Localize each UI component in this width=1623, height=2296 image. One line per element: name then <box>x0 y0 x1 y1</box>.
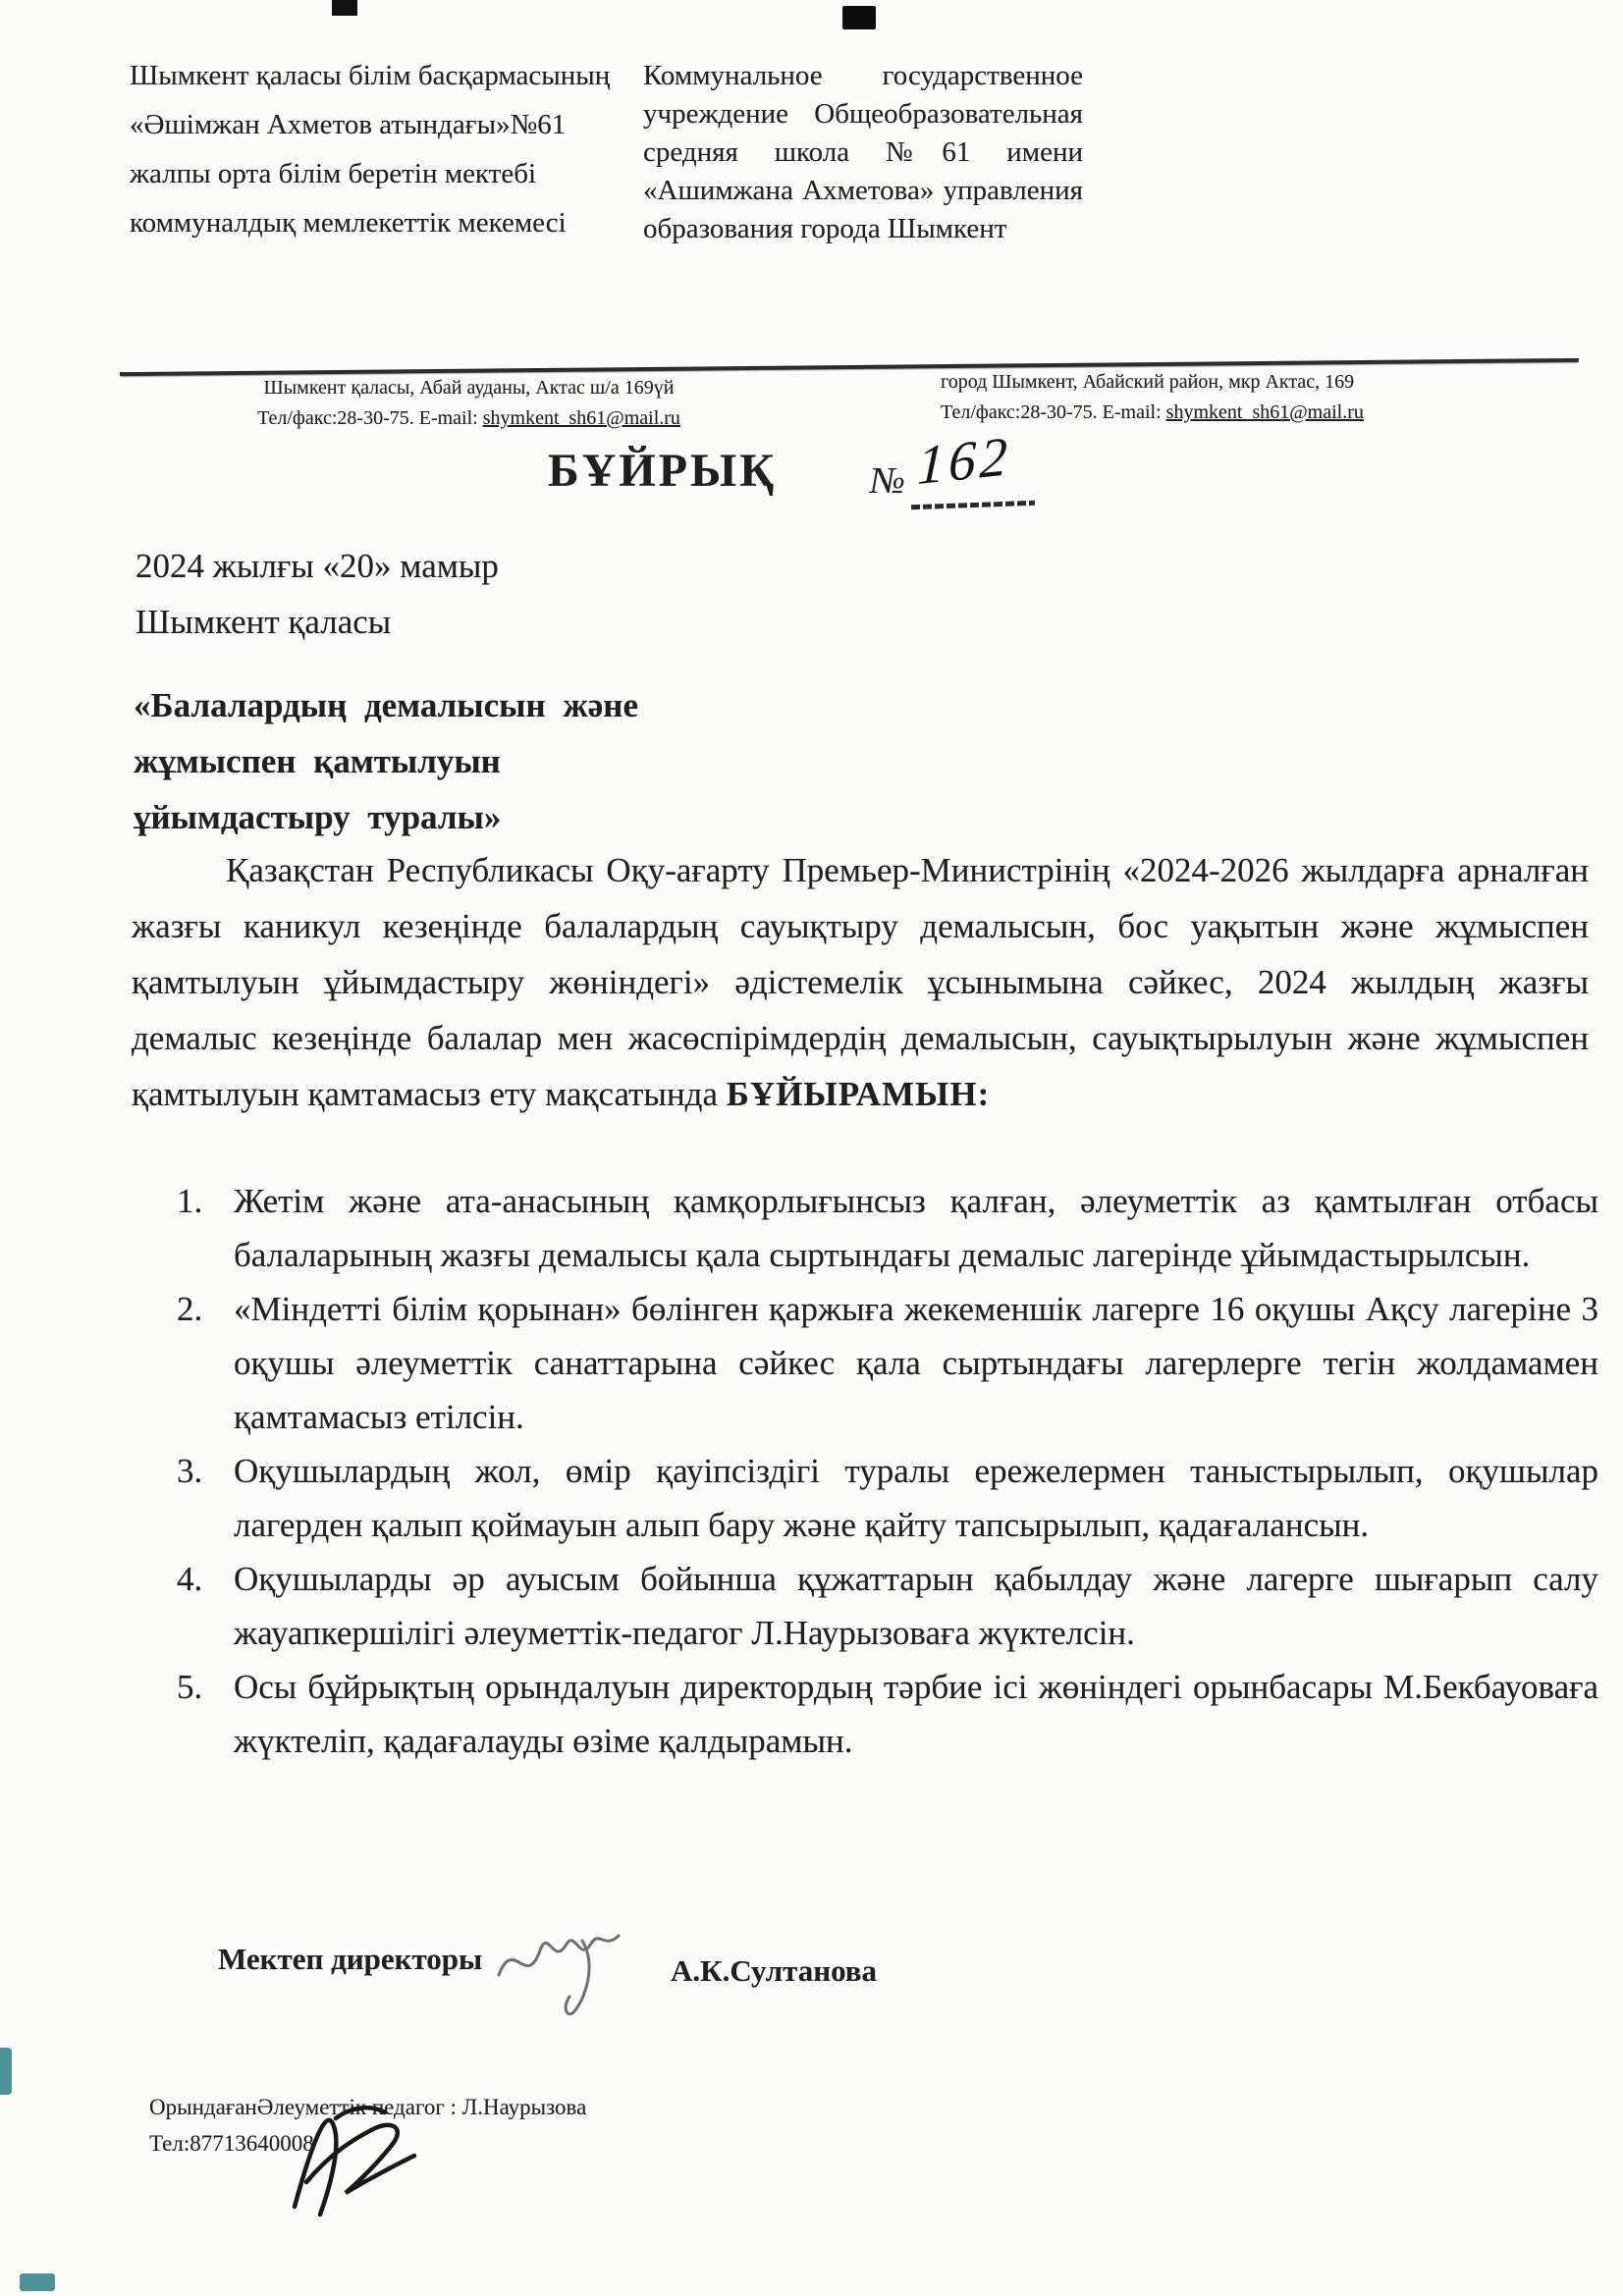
order-items-list: 1. Жетім және ата-анасының қамқорлығынсы… <box>173 1174 1598 1768</box>
org-name-russian: Коммунальное государственное учреждение … <box>643 57 1083 248</box>
item-number: 4. <box>173 1552 234 1606</box>
scan-artifact-mark <box>842 6 876 29</box>
scan-artifact-teal-mark <box>0 2048 12 2095</box>
item-number: 3. <box>173 1444 234 1498</box>
scan-artifact-teal-mark <box>20 2273 55 2291</box>
executor-signature <box>277 2099 444 2231</box>
director-signature <box>489 1906 636 2029</box>
org-name-kazakh: Шымкент қаласы білім басқармасының «Әшім… <box>130 51 635 247</box>
list-item: 3. Оқушылардың жол, өмір қауіпсіздігі ту… <box>173 1444 1598 1552</box>
address-line: Шымкент қаласы, Абай ауданы, Актас ш/а 1… <box>162 373 776 403</box>
date-block: 2024 жылғы «20» мамыр Шымкент қаласы <box>135 538 499 650</box>
order-number-underline <box>911 501 1035 509</box>
order-subject: «Балалардың демалысын және жұмыспен қамт… <box>134 677 638 845</box>
item-text: «Міндетті білім қорынан» бөлінген қаржығ… <box>234 1282 1598 1444</box>
order-preamble: Қазақстан Республикасы Оқу-ағарту Премье… <box>132 842 1589 1122</box>
address-block-russian: город Шымкент, Абайский район, мкр Актас… <box>941 367 1589 428</box>
item-text: Жетім және ата-анасының қамқорлығынсыз қ… <box>234 1174 1598 1282</box>
order-title: БҰЙРЫҚ <box>548 444 777 498</box>
scanned-order-document: Шымкент қаласы білім басқармасының «Әшім… <box>0 0 1623 2296</box>
order-city: Шымкент қаласы <box>135 594 499 650</box>
order-number-handwritten: 162 <box>916 425 1012 499</box>
email-text: shymkent_sh61@mail.ru <box>483 407 680 429</box>
contact-line: Тел/факс:28-30-75. E-mail: shymkent_sh61… <box>162 403 776 434</box>
subject-line: ұйымдастыру туралы» <box>134 789 638 845</box>
email-text: shymkent_sh61@mail.ru <box>1166 401 1364 423</box>
signer-role: Мектеп директоры <box>218 1942 482 1977</box>
item-number: 2. <box>173 1282 234 1336</box>
list-item: 5. Осы бұйрықтың орындалуын директордың … <box>173 1660 1598 1768</box>
contact-line: Тел/факс:28-30-75. E-mail: shymkent_sh61… <box>941 398 1589 428</box>
signer-name: А.К.Султанова <box>671 1953 877 1989</box>
subject-line: жұмыспен қамтылуын <box>134 733 638 789</box>
list-item: 1. Жетім және ата-анасының қамқорлығынсы… <box>173 1174 1598 1282</box>
item-text: Оқушыларды әр ауысым бойынша құжаттарын … <box>234 1552 1598 1660</box>
item-text: Осы бұйрықтың орындалуын директордың тәр… <box>234 1660 1598 1768</box>
item-text: Оқушылардың жол, өмір қауіпсіздігі турал… <box>234 1444 1598 1552</box>
resolve-word: БҰЙЫРАМЫН: <box>727 1075 990 1113</box>
address-block-kazakh: Шымкент қаласы, Абай ауданы, Актас ш/а 1… <box>162 373 776 434</box>
item-number: 1. <box>173 1174 234 1228</box>
scan-artifact-mark <box>332 0 357 16</box>
order-date: 2024 жылғы «20» мамыр <box>135 538 499 594</box>
subject-line: «Балалардың демалысын және <box>134 677 638 733</box>
item-number: 5. <box>173 1660 234 1714</box>
order-number-sign: № <box>870 459 905 503</box>
list-item: 4. Оқушыларды әр ауысым бойынша құжаттар… <box>173 1552 1598 1660</box>
list-item: 2. «Міндетті білім қорынан» бөлінген қар… <box>173 1282 1598 1444</box>
address-line: город Шымкент, Абайский район, мкр Актас… <box>941 367 1589 398</box>
